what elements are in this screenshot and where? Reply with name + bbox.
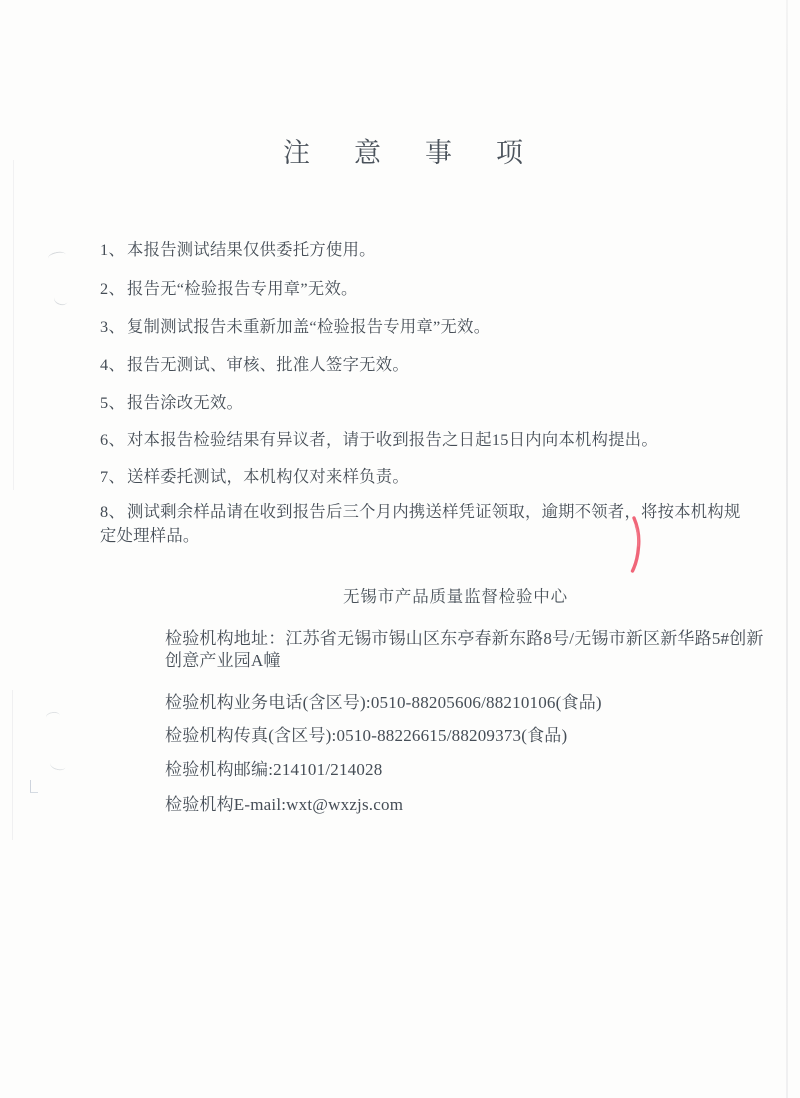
organization-name: 无锡市产品质量监督检验中心	[343, 583, 568, 607]
org-phone: 检验机构业务电话(含区号):0510-88205606/88210106(食品)	[165, 688, 602, 713]
page-title: 注意事项	[283, 131, 567, 170]
note-item-7: 7、送样委托测试，本机构仅对来样负责。	[100, 465, 755, 489]
org-address-line2: 创意产业园A幢	[165, 646, 281, 671]
note-item-1: 1、本报告测试结果仅供委托方使用。	[100, 238, 755, 262]
paper-left-edge-upper	[13, 160, 14, 490]
pencil-smudge	[53, 292, 70, 307]
note-text: 测试剩余样品请在收到报告后三个月内携送样凭证领取，逾期不领者，将按本机构规定处理…	[100, 502, 741, 545]
note-item-8: 8、测试剩余样品请在收到报告后三个月内携送样凭证领取，逾期不领者，将按本机构规定…	[100, 500, 755, 548]
note-text: 报告涂改无效。	[127, 393, 243, 412]
note-text: 对本报告检验结果有异议者，请于收到报告之日起15日内向本机构提出。	[127, 430, 658, 449]
paper-right-edge	[786, 0, 788, 1098]
note-text: 报告无测试、审核、批准人签字无效。	[127, 355, 409, 374]
note-number: 6、	[100, 430, 125, 449]
note-item-4: 4、报告无测试、审核、批准人签字无效。	[100, 353, 755, 377]
pencil-smudge	[45, 711, 60, 722]
note-item-2: 2、报告无“检验报告专用章”无效。	[100, 277, 755, 301]
note-number: 2、	[100, 279, 125, 298]
note-item-6: 6、对本报告检验结果有异议者，请于收到报告之日起15日内向本机构提出。	[100, 428, 755, 452]
pencil-smudge	[47, 250, 66, 263]
pencil-smudge	[30, 780, 38, 793]
org-email: 检验机构E-mail:wxt@wxzjs.com	[165, 790, 403, 815]
org-fax: 检验机构传真(含区号):0510-88226615/88209373(食品)	[165, 721, 567, 746]
scanned-report-notes-page: 注意事项 1、本报告测试结果仅供委托方使用。 2、报告无“检验报告专用章”无效。…	[0, 0, 800, 1098]
note-text: 本报告测试结果仅供委托方使用。	[127, 240, 376, 259]
note-number: 8、	[100, 502, 125, 521]
note-text: 复制测试报告未重新加盖“检验报告专用章”无效。	[127, 317, 490, 336]
note-item-5: 5、报告涂改无效。	[100, 391, 755, 415]
org-postcode: 检验机构邮编:214101/214028	[165, 755, 382, 780]
note-number: 7、	[100, 467, 125, 486]
note-number: 3、	[100, 317, 125, 336]
note-number: 1、	[100, 240, 125, 259]
note-number: 5、	[100, 393, 125, 412]
note-text: 报告无“检验报告专用章”无效。	[127, 279, 358, 298]
note-number: 4、	[100, 355, 125, 374]
note-item-3: 3、复制测试报告未重新加盖“检验报告专用章”无效。	[100, 315, 755, 339]
note-text: 送样委托测试，本机构仅对来样负责。	[127, 467, 409, 486]
paper-left-edge-lower	[12, 690, 13, 840]
pencil-smudge	[49, 758, 67, 772]
